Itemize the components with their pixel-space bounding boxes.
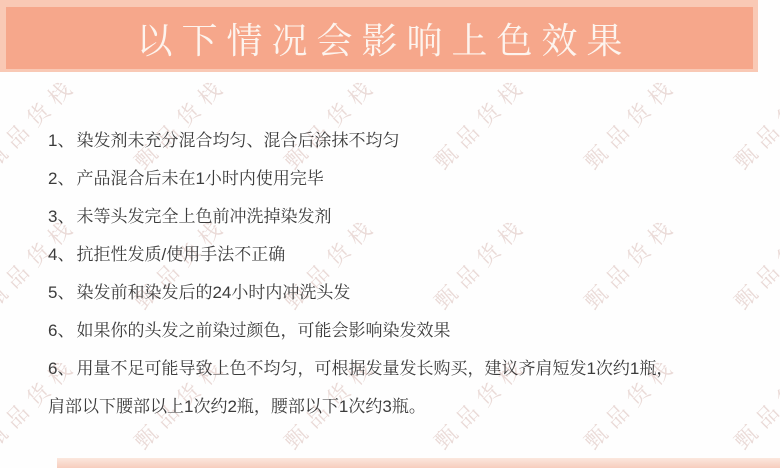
item-number: 1、: [48, 131, 76, 150]
page-title: 以下情况会影响上色效果: [127, 13, 631, 64]
list-item: 2、产品混合后未在1小时内使用完毕: [48, 160, 678, 198]
list-item: 6、用量不足可能导致上色不均匀，可根据发量发长购买，建议齐肩短发1次约1瓶，肩部…: [48, 350, 678, 426]
watermark-text: 甄品货栈: [727, 69, 780, 176]
watermark-text: 甄品货栈: [727, 349, 780, 456]
item-text: 抗拒性发质/使用手法不正确: [76, 245, 285, 264]
item-number: 5、: [48, 283, 76, 302]
item-number: 6、: [48, 321, 76, 340]
header-banner-inner: 以下情况会影响上色效果: [6, 7, 753, 69]
item-text: 如果你的头发之前染过颜色，可能会影响染发效果: [76, 321, 450, 340]
item-number: 4、: [48, 245, 76, 264]
item-text: 染发前和染发后的24小时内冲洗头发: [76, 283, 350, 302]
list-item: 1、染发剂未充分混合均匀、混合后涂抹不均匀: [48, 122, 678, 160]
item-number: 3、: [48, 207, 76, 226]
item-text: 产品混合后未在1小时内使用完毕: [76, 169, 323, 188]
list-item: 4、抗拒性发质/使用手法不正确: [48, 236, 678, 274]
header-banner: 以下情况会影响上色效果: [0, 0, 758, 72]
bottom-banner-edge: [57, 458, 780, 468]
list-item: 5、染发前和染发后的24小时内冲洗头发: [48, 274, 678, 312]
item-number: 2、: [48, 169, 76, 188]
poster-page: 以下情况会影响上色效果 甄品货栈甄品货栈甄品货栈甄品货栈甄品货栈甄品货栈甄品货栈…: [0, 0, 780, 468]
conditions-list: 1、染发剂未充分混合均匀、混合后涂抹不均匀 2、产品混合后未在1小时内使用完毕 …: [48, 122, 678, 426]
item-text: 未等头发完全上色前冲洗掉染发剂: [76, 207, 331, 226]
list-item: 3、未等头发完全上色前冲洗掉染发剂: [48, 198, 678, 236]
watermark-text: 甄品货栈: [727, 209, 780, 316]
item-text: 用量不足可能导致上色不均匀，可根据发量发长购买，建议齐肩短发1次约1瓶，肩部以下…: [48, 359, 673, 416]
item-number: 6、: [48, 359, 76, 378]
item-text: 染发剂未充分混合均匀、混合后涂抹不均匀: [76, 131, 399, 150]
list-item: 6、如果你的头发之前染过颜色，可能会影响染发效果: [48, 312, 678, 350]
